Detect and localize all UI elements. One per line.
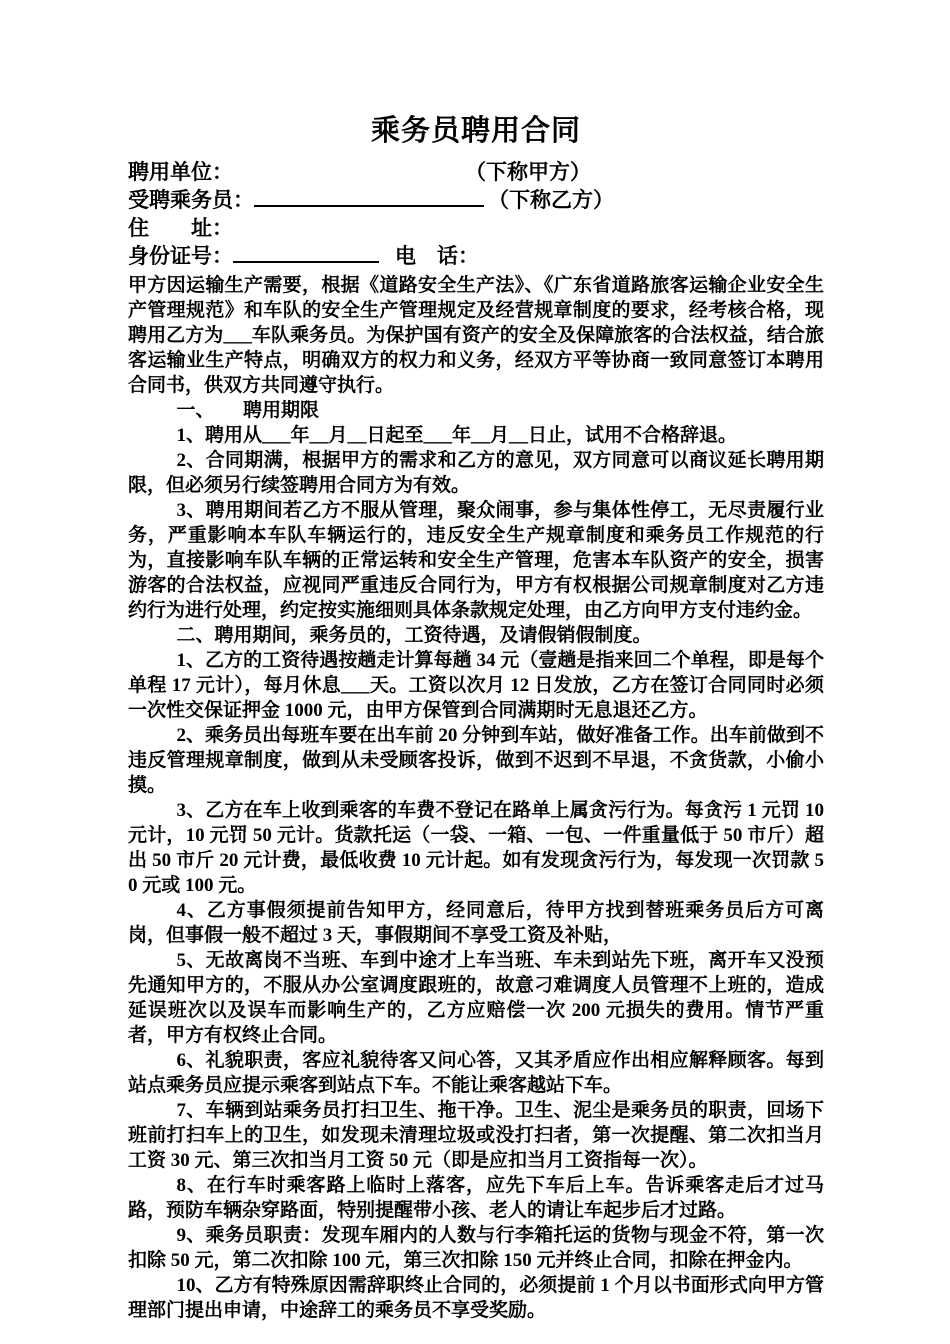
clause-2-5: 5、无故离岗不当班、车到中途才上车当班、车未到站先下班，离开车又没预先通知甲方的… — [128, 948, 824, 1048]
employer-party-suffix: （下称甲方） — [465, 160, 591, 184]
clause-2-3: 3、乙方在车上收到乘客的车费不登记在路单上属贪污行为。每贪污 1 元罚 10 元… — [128, 798, 824, 898]
employer-label: 聘用单位： — [128, 160, 233, 184]
field-employer: 聘用单位：（下称甲方） — [128, 158, 824, 186]
clause-2-4: 4、乙方事假须提前告知甲方，经同意后，待甲方找到替班乘务员后方可离岗，但事假一般… — [128, 898, 824, 948]
id-number-label: 身份证号： — [128, 244, 233, 268]
contract-body: 甲方因运输生产需要，根据《道路安全生产法》、《广东省道路旅客运输企业安全生产管理… — [128, 273, 824, 1323]
document-title: 乘务员聘用合同 — [128, 112, 824, 150]
section-2-heading: 二、聘用期间，乘务员的，工资待遇，及请假销假制度。 — [128, 623, 824, 648]
contract-page: 乘务员聘用合同 聘用单位：（下称甲方） 受聘乘务员：（下称乙方） 住 址： 身份… — [0, 0, 950, 1344]
header-fields: 聘用单位：（下称甲方） 受聘乘务员：（下称乙方） 住 址： 身份证号：电 话： — [128, 158, 824, 270]
field-address: 住 址： — [128, 214, 824, 242]
clause-1-2: 2、合同期满，根据甲方的需求和乙方的意见，双方同意可以商议延长聘用期限，但必须另… — [128, 448, 824, 498]
clause-2-7: 7、车辆到站乘务员打扫卫生、拖干净。卫生、泥尘是乘务员的职责，回场下班前打扫车上… — [128, 1098, 824, 1173]
field-id-number: 身份证号：电 话： — [128, 242, 824, 270]
section-1-heading: 一、 聘用期限 — [128, 398, 824, 423]
field-crew-member: 受聘乘务员：（下称乙方） — [128, 186, 824, 214]
crew-member-label: 受聘乘务员： — [128, 188, 254, 212]
intro-paragraph: 甲方因运输生产需要，根据《道路安全生产法》、《广东省道路旅客运输企业安全生产管理… — [128, 273, 824, 398]
clause-2-2: 2、乘务员出每班车要在出车前 20 分钟到车站，做好准备工作。出车前做到不违反管… — [128, 723, 824, 798]
crew-member-blank-line — [254, 187, 484, 207]
clause-1-1: 1、聘用从___年__月__日起至___年__月__日止，试用不合格辞退。 — [128, 423, 824, 448]
id-number-blank-line — [233, 243, 379, 263]
address-label: 住 址： — [128, 216, 233, 240]
phone-label: 电 话： — [395, 244, 479, 268]
crew-member-party-suffix: （下称乙方） — [488, 188, 614, 212]
clause-1-3: 3、聘用期间若乙方不服从管理，聚众闹事，参与集体性停工，无尽责履行业务，严重影响… — [128, 498, 824, 623]
clause-2-6: 6、礼貌职责，客应礼貌待客又问心答，又其矛盾应作出相应解释顾客。每到站点乘务员应… — [128, 1048, 824, 1098]
clause-2-10: 10、乙方有特殊原因需辞职终止合同的，必须提前 1 个月以书面形式向甲方管理部门… — [128, 1273, 824, 1323]
clause-2-8: 8、在行车时乘客路上临时上落客，应先下车后上车。告诉乘客走后才过马路，预防车辆杂… — [128, 1173, 824, 1223]
clause-2-9: 9、乘务员职责：发现车厢内的人数与行李箱托运的货物与现金不符，第一次扣除 50 … — [128, 1223, 824, 1273]
clause-2-1: 1、乙方的工资待遇按趟走计算每趟 34 元（壹趟是指来回二个单程，即是每个单程 … — [128, 648, 824, 723]
